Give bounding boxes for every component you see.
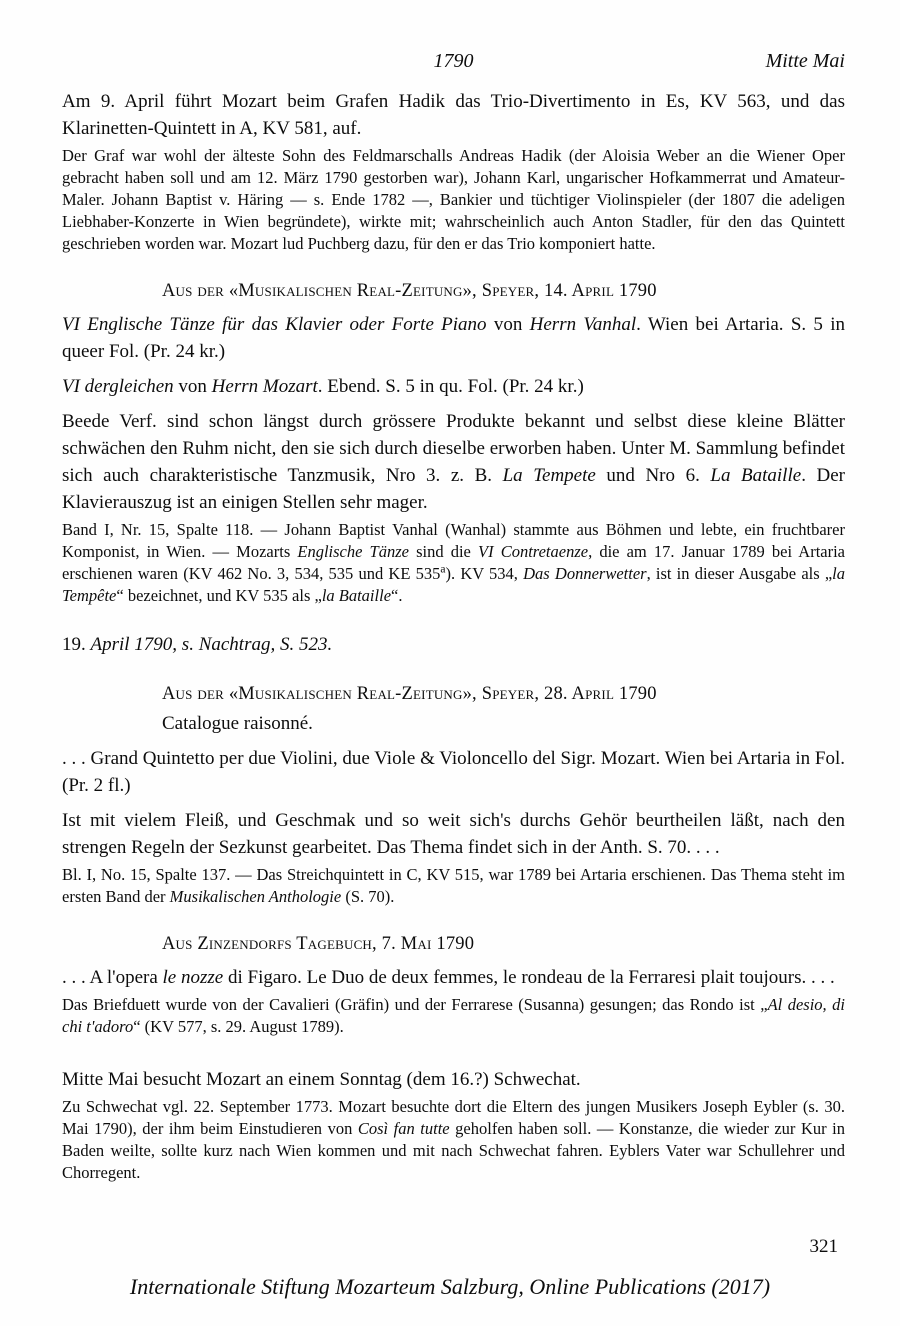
intro-paragraph: Am 9. April führt Mozart beim Grafen Had… (62, 88, 845, 142)
text-run: “ bezeichnet, und KV 535 als „ (116, 586, 321, 605)
italic-text-run: Das Donnerwetter (523, 564, 646, 583)
italic-text-run: Così fan tutte (358, 1119, 450, 1138)
italic-text-run: Musikalischen Anthologie (170, 887, 342, 906)
text-run: von (494, 314, 530, 335)
page-number: 321 (810, 1236, 839, 1258)
text-run: 19. (62, 634, 91, 655)
schwechat-annotation: Zu Schwechat vgl. 22. September 1773. Mo… (62, 1096, 845, 1184)
review-annotation: Band I, Nr. 15, Spalte 118. — Johann Bap… (62, 519, 845, 607)
text-run: Catalogue raisonné. (162, 713, 313, 734)
italic-text-run: Herrn Mozart (212, 376, 318, 397)
text-run: Ist mit vielem Fleiß, und Geschmak und s… (62, 810, 845, 858)
header-section-label: Mitte Mai (766, 50, 845, 73)
text-run: sind die (409, 542, 478, 561)
text-run: ). KV 534, (446, 564, 524, 583)
intro-annotation: Der Graf war wohl der älteste Sohn des F… (62, 145, 845, 255)
nachtrag-reference: 19. April 1790, s. Nachtrag, S. 523. (62, 631, 845, 658)
italic-text-run: Englische Tänze (297, 542, 409, 561)
italic-text-run: VI Contretaenze (478, 542, 588, 561)
quintetto-annotation: Bl. I, No. 15, Spalte 137. — Das Streich… (62, 864, 845, 908)
text-run: Mitte Mai besucht Mozart an einem Sonnta… (62, 1069, 581, 1090)
text-run: . Ebend. S. 5 in qu. Fol. (Pr. 24 kr.) (318, 376, 584, 397)
mozart-entry: VI dergleichen von Herrn Mozart. Ebend. … (62, 373, 845, 400)
page-content: Am 9. April führt Mozart beim Grafen Had… (62, 88, 845, 1184)
text-run: (S. 70). (341, 887, 394, 906)
text-run: Aus Zinzendorfs Tagebuch, 7. Mai 1790 (162, 934, 474, 954)
text-run: di Figaro. Le Duo de deux femmes, le ron… (223, 967, 835, 988)
italic-text-run: le nozze (163, 967, 224, 988)
text-run: Der Graf war wohl der älteste Sohn des F… (62, 146, 845, 253)
text-run: von (178, 376, 211, 397)
zinzendorf-quote: . . . A l'opera le nozze di Figaro. Le D… (62, 964, 845, 991)
italic-text-run: Herrn Vanhal (530, 314, 637, 335)
book-page: 1790 Mitte Mai Am 9. April führt Mozart … (0, 0, 900, 1326)
italic-text-run: La Bataille (710, 465, 801, 486)
text-run: , ist in dieser Ausgabe als „ (647, 564, 833, 583)
section-heading-real-zeitung-28-april: Aus der «Musikalischen Real-Zeitung», Sp… (162, 682, 845, 706)
footer-publication-line: Internationale Stiftung Mozarteum Salzbu… (0, 1274, 900, 1300)
text-run: “ (KV 577, s. 29. August 1789). (133, 1017, 344, 1036)
italic-text-run: April 1790, s. Nachtrag, S. 523. (91, 634, 333, 655)
text-run: Das Briefduett wurde von der Cavalieri (… (62, 995, 768, 1014)
quintetto-review: Ist mit vielem Fleiß, und Geschmak und s… (62, 807, 845, 861)
italic-text-run: VI Englische Tänze für das Klavier oder … (62, 314, 494, 335)
text-run: . . . Grand Quintetto per due Violini, d… (62, 748, 845, 796)
section-heading-zinzendorf: Aus Zinzendorfs Tagebuch, 7. Mai 1790 (162, 932, 845, 956)
text-run: . . . A l'opera (62, 967, 163, 988)
page-header: 1790 Mitte Mai (62, 50, 845, 73)
schwechat-paragraph: Mitte Mai besucht Mozart an einem Sonnta… (62, 1066, 845, 1093)
text-run: Aus der «Musikalischen Real-Zeitung», Sp… (162, 684, 657, 704)
text-run: Am 9. April führt Mozart beim Grafen Had… (62, 91, 845, 139)
header-year: 1790 (434, 50, 474, 72)
catalogue-raisonne-line: Catalogue raisonné. (162, 710, 845, 737)
text-run: Aus der «Musikalischen Real-Zeitung», Sp… (162, 281, 657, 301)
italic-text-run: la Bataille (322, 586, 391, 605)
italic-text-run: VI dergleichen (62, 376, 178, 397)
quintetto-entry: . . . Grand Quintetto per due Violini, d… (62, 745, 845, 799)
text-run: und Nro 6. (596, 465, 711, 486)
section-heading-real-zeitung-14-april: Aus der «Musikalischen Real-Zeitung», Sp… (162, 279, 845, 303)
italic-text-run: La Tempete (503, 465, 596, 486)
vanhal-entry: VI Englische Tänze für das Klavier oder … (62, 311, 845, 365)
review-paragraph: Beede Verf. sind schon längst durch grös… (62, 408, 845, 516)
zinzendorf-annotation: Das Briefduett wurde von der Cavalieri (… (62, 994, 845, 1038)
text-run: “. (391, 586, 402, 605)
